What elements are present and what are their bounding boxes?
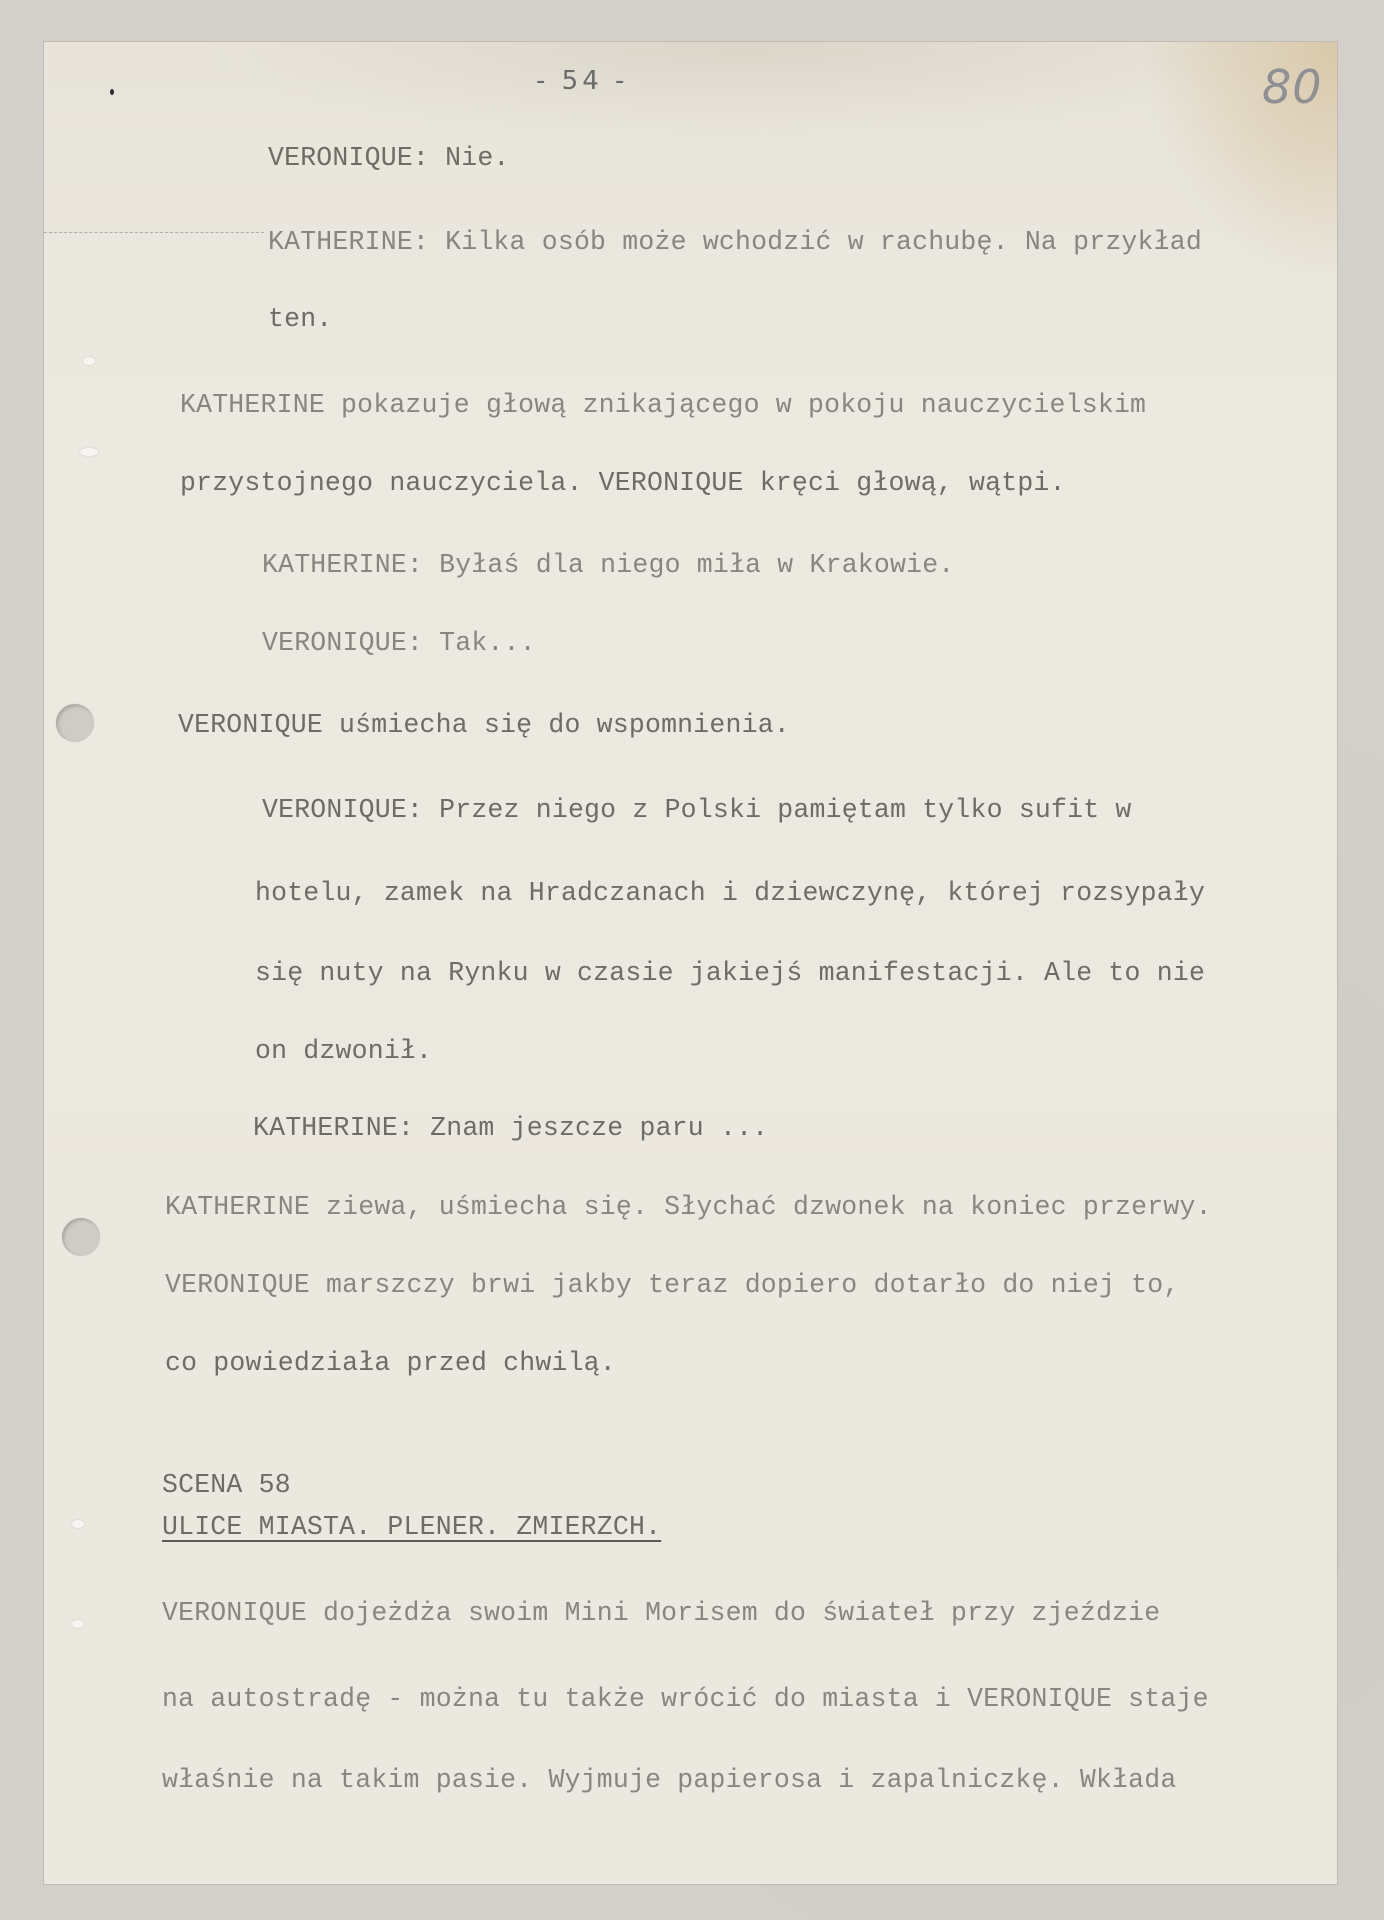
scene-heading: ULICE MIASTA. PLENER. ZMIERZCH. [162, 1514, 661, 1541]
dialogue-line: VERONIQUE: Nie. [268, 145, 510, 172]
dialogue-line: VERONIQUE: Tak... [262, 630, 536, 657]
ink-speck [110, 89, 114, 95]
margin-mark [80, 448, 98, 456]
action-line: VERONIQUE marszczy brwi jakby teraz dopi… [165, 1272, 1179, 1299]
margin-mark [72, 1620, 84, 1628]
margin-mark [72, 1520, 84, 1528]
dialogue-continuation: ten. [268, 306, 332, 333]
page-number: - 54 - [536, 66, 628, 96]
punch-hole [56, 704, 94, 742]
scene-number: SCENA 58 [162, 1472, 291, 1499]
dialogue-continuation: on dzwonił. [255, 1038, 432, 1065]
action-line: przystojnego nauczyciela. VERONIQUE kręc… [180, 470, 1066, 497]
dialogue-line: VERONIQUE: Przez niego z Polski pamiętam… [262, 797, 1132, 824]
archive-number: 80 [1262, 60, 1323, 114]
dialogue-continuation: się nuty na Rynku w czasie jakiejś manif… [255, 960, 1205, 987]
dialogue-line: KATHERINE: Znam jeszcze paru ... [253, 1115, 768, 1142]
punch-hole [62, 1218, 100, 1256]
margin-dash-line [44, 232, 264, 233]
scene-action-line: właśnie na takim pasie. Wyjmuje papieros… [162, 1767, 1176, 1794]
action-line: KATHERINE pokazuje głową znikającego w p… [180, 392, 1146, 419]
dialogue-continuation: hotelu, zamek na Hradczanach i dziewczyn… [255, 880, 1205, 907]
action-line: co powiedziała przed chwilą. [165, 1350, 616, 1377]
action-line: VERONIQUE uśmiecha się do wspomnienia. [178, 712, 790, 739]
margin-mark [83, 357, 95, 365]
dialogue-line: KATHERINE: Byłaś dla niego miła w Krakow… [262, 552, 954, 579]
dialogue-line: KATHERINE: Kilka osób może wchodzić w ra… [268, 229, 1202, 256]
scene-action-line: na autostradę - można tu także wrócić do… [162, 1686, 1209, 1713]
action-line: KATHERINE ziewa, uśmiecha się. Słychać d… [165, 1194, 1212, 1221]
scene-action-line: VERONIQUE dojeżdża swoim Mini Morisem do… [162, 1600, 1160, 1627]
